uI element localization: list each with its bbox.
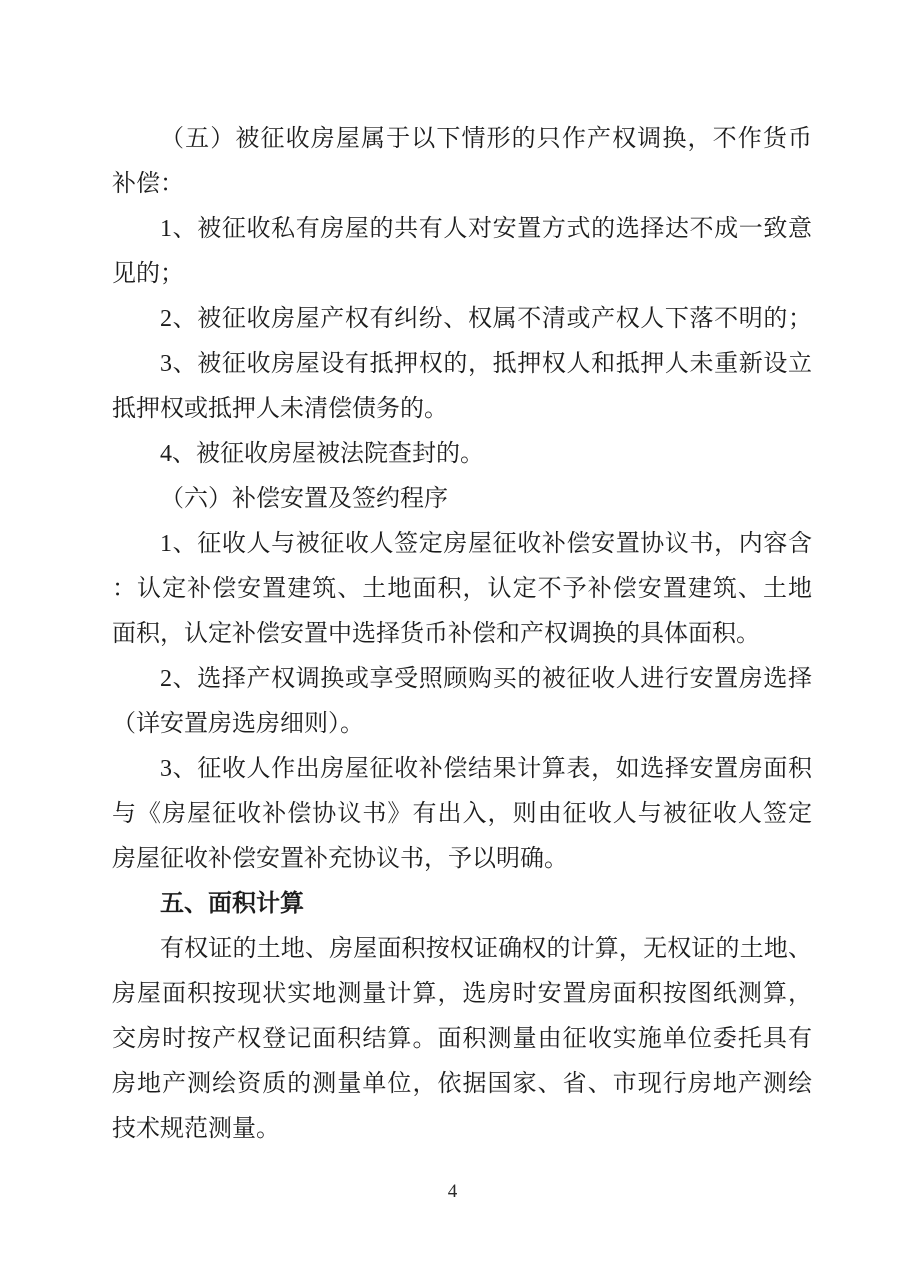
text-line: （详安置房选房细则）。	[112, 702, 812, 747]
text-line: 技术规范测量。	[112, 1107, 812, 1152]
document-page: （五）被征收房屋属于以下情形的只作产权调换，不作货币补偿：1、被征收私有房屋的共…	[0, 0, 905, 1280]
text-line: 1、征收人与被征收人签定房屋征收补偿安置协议书，内容含	[112, 522, 812, 567]
document-body: （五）被征收房屋属于以下情形的只作产权调换，不作货币补偿：1、被征收私有房屋的共…	[112, 117, 812, 1152]
text-line: 3、征收人作出房屋征收补偿结果计算表，如选择安置房面积	[112, 747, 812, 792]
text-line: 补偿：	[112, 162, 812, 207]
text-line: 抵押权或抵押人未清偿债务的。	[112, 387, 812, 432]
section-heading: 五、面积计算	[112, 882, 812, 927]
text-line: ：认定补偿安置建筑、土地面积，认定不予补偿安置建筑、土地	[112, 567, 812, 612]
text-line: 4、被征收房屋被法院查封的。	[112, 432, 812, 477]
text-line: （六）补偿安置及签约程序	[112, 477, 812, 522]
text-line: 面积，认定补偿安置中选择货币补偿和产权调换的具体面积。	[112, 612, 812, 657]
text-line: 交房时按产权登记面积结算。面积测量由征收实施单位委托具有	[112, 1017, 812, 1062]
text-line: 房屋征收补偿安置补充协议书，予以明确。	[112, 837, 812, 882]
text-line: 见的；	[112, 252, 812, 297]
text-line: 与《房屋征收补偿协议书》有出入，则由征收人与被征收人签定	[112, 792, 812, 837]
text-line: 房屋面积按现状实地测量计算，选房时安置房面积按图纸测算，	[112, 972, 812, 1017]
text-line: 2、选择产权调换或享受照顾购买的被征收人进行安置房选择	[112, 657, 812, 702]
text-line: 2、被征收房屋产权有纠纷、权属不清或产权人下落不明的；	[112, 297, 812, 342]
text-line: 房地产测绘资质的测量单位，依据国家、省、市现行房地产测绘	[112, 1062, 812, 1107]
text-line: 有权证的土地、房屋面积按权证确权的计算，无权证的土地、	[112, 927, 812, 972]
text-line: 1、被征收私有房屋的共有人对安置方式的选择达不成一致意	[112, 207, 812, 252]
text-line: 3、被征收房屋设有抵押权的，抵押权人和抵押人未重新设立	[112, 342, 812, 387]
page-number: 4	[0, 1181, 905, 1203]
text-line: （五）被征收房屋属于以下情形的只作产权调换，不作货币	[112, 117, 812, 162]
